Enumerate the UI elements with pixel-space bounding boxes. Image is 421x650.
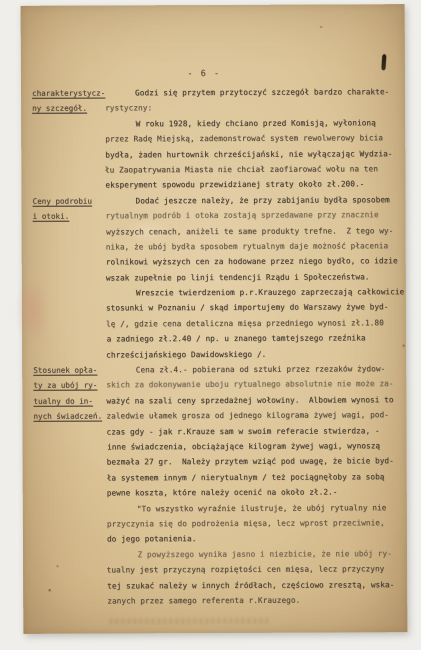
typed-line: Z powyższego wynika jasno i niezbicie, ż… bbox=[107, 546, 407, 563]
margin-note: charakterystycz-ny szczegół. bbox=[32, 85, 105, 116]
typed-line: pewne koszta, które należy ocenić na oko… bbox=[107, 484, 407, 501]
typed-line: łu Zaopatrywania Miasta nie chciał zaofi… bbox=[105, 161, 405, 178]
typed-line: bydła, żaden hurtownik chrześcijański, n… bbox=[105, 146, 405, 163]
typed-line: bezmała 27 gr. Należy przytem wziąć pod … bbox=[107, 454, 407, 471]
ink-specks bbox=[21, 6, 22, 7]
scan-background: - 6 - charakterystycz-ny szczegół.Ceny p… bbox=[0, 0, 421, 650]
margin-note-line: charakterystycz- bbox=[32, 85, 105, 101]
typed-line: rystyczny: bbox=[105, 100, 405, 117]
typed-line: Wreszcie twierdzeniom p.r.Krauzego zaprz… bbox=[106, 284, 406, 301]
typed-line: przyczynia się do podrożenia mięsa, lecz… bbox=[107, 515, 407, 532]
typed-line: "To wszystko wyraźnie ilustruje, że ubój… bbox=[107, 500, 407, 517]
typed-line: wszak zupełnie po linji tendencji Rządu … bbox=[106, 269, 406, 286]
typed-line: nika, że ubój bydła sposobem rytualnym d… bbox=[106, 238, 406, 255]
typed-line: W roku 1928, kiedy chciano przed Komisją… bbox=[106, 115, 406, 132]
typed-line: stosunki w Poznaniu / skąd importujemy d… bbox=[106, 300, 406, 317]
typed-line: eksperyment spowodu przewidzianej straty… bbox=[105, 177, 405, 194]
margin-note-line: Ceny podrobiu bbox=[32, 194, 92, 210]
typed-text-body: Godzi się przytem przytoczyć szczegół ba… bbox=[105, 84, 407, 609]
typed-line: tualny jest przyczyną rozpiętości cen mi… bbox=[107, 561, 407, 578]
margin-note-line: i otoki. bbox=[33, 209, 93, 225]
typed-line: przez Radę Miejską, zademonstrować syste… bbox=[105, 130, 405, 147]
margin-note-line: ty za ubój ry- bbox=[33, 378, 102, 394]
typed-line: ważyć na szali ceny sprzedażnej wołowiny… bbox=[106, 392, 406, 409]
typed-line: rytualnym podrób i otoka zostają sprzeda… bbox=[106, 207, 406, 224]
typed-line: ła systemem innym / nierytualnym / też p… bbox=[107, 469, 407, 486]
typed-line: tej szukać należy w innych źródłach, czę… bbox=[107, 577, 407, 594]
typed-line: Godzi się przytem przytoczyć szczegół ba… bbox=[105, 84, 405, 101]
typed-line: lę /, gdzie cena detaliczna mięsa przedn… bbox=[106, 315, 406, 332]
pen-mark-icon bbox=[381, 54, 386, 70]
typed-line: do jego potanienia. bbox=[107, 530, 407, 547]
page-number: - 6 - bbox=[161, 69, 247, 79]
typed-line: inne świadczenia, obciążające kilogram ż… bbox=[107, 438, 407, 455]
typed-line: wyższych cenach, aniżeli te same produkt… bbox=[106, 223, 406, 240]
margin-note-line: Stosunek opła- bbox=[33, 362, 102, 378]
typed-line: zanych przez samego referenta r.Krauzego… bbox=[107, 592, 407, 609]
typed-line: chrześcijańskiego Dawidowskiego /. bbox=[106, 346, 406, 363]
typed-line: skich za dokonywanie uboju rytualnego ab… bbox=[106, 377, 406, 394]
typed-line: rolnikowi wyższych cen za hodowane przez… bbox=[106, 253, 406, 270]
document-page: - 6 - charakterystycz-ny szczegół.Ceny p… bbox=[21, 4, 408, 634]
margin-note-line: nych świadczeń. bbox=[33, 409, 102, 425]
margin-note-line: tualny do in- bbox=[33, 393, 102, 409]
typed-line: Cena zł.4.- pobierana od sztuki przez rz… bbox=[106, 361, 406, 378]
ink-bleed-ghost-line bbox=[109, 618, 269, 625]
typed-line: Dodać jeszcze należy, że przy zabijaniu … bbox=[105, 192, 405, 209]
typed-line: a zadniego zł.2.40 / np. u znanego tamte… bbox=[107, 330, 407, 347]
paper-stain bbox=[16, 276, 50, 346]
typed-line: zaledwie ułamek grosza od jednego kilogr… bbox=[106, 407, 406, 424]
typed-line: czas gdy - jak r.Krauze sam w swoim refe… bbox=[106, 423, 406, 440]
margin-note: Stosunek opła-ty za ubój ry-tualny do in… bbox=[33, 362, 102, 424]
margin-note: Ceny podrobiui otoki. bbox=[32, 194, 92, 225]
margin-note-line: ny szczegół. bbox=[32, 101, 105, 117]
